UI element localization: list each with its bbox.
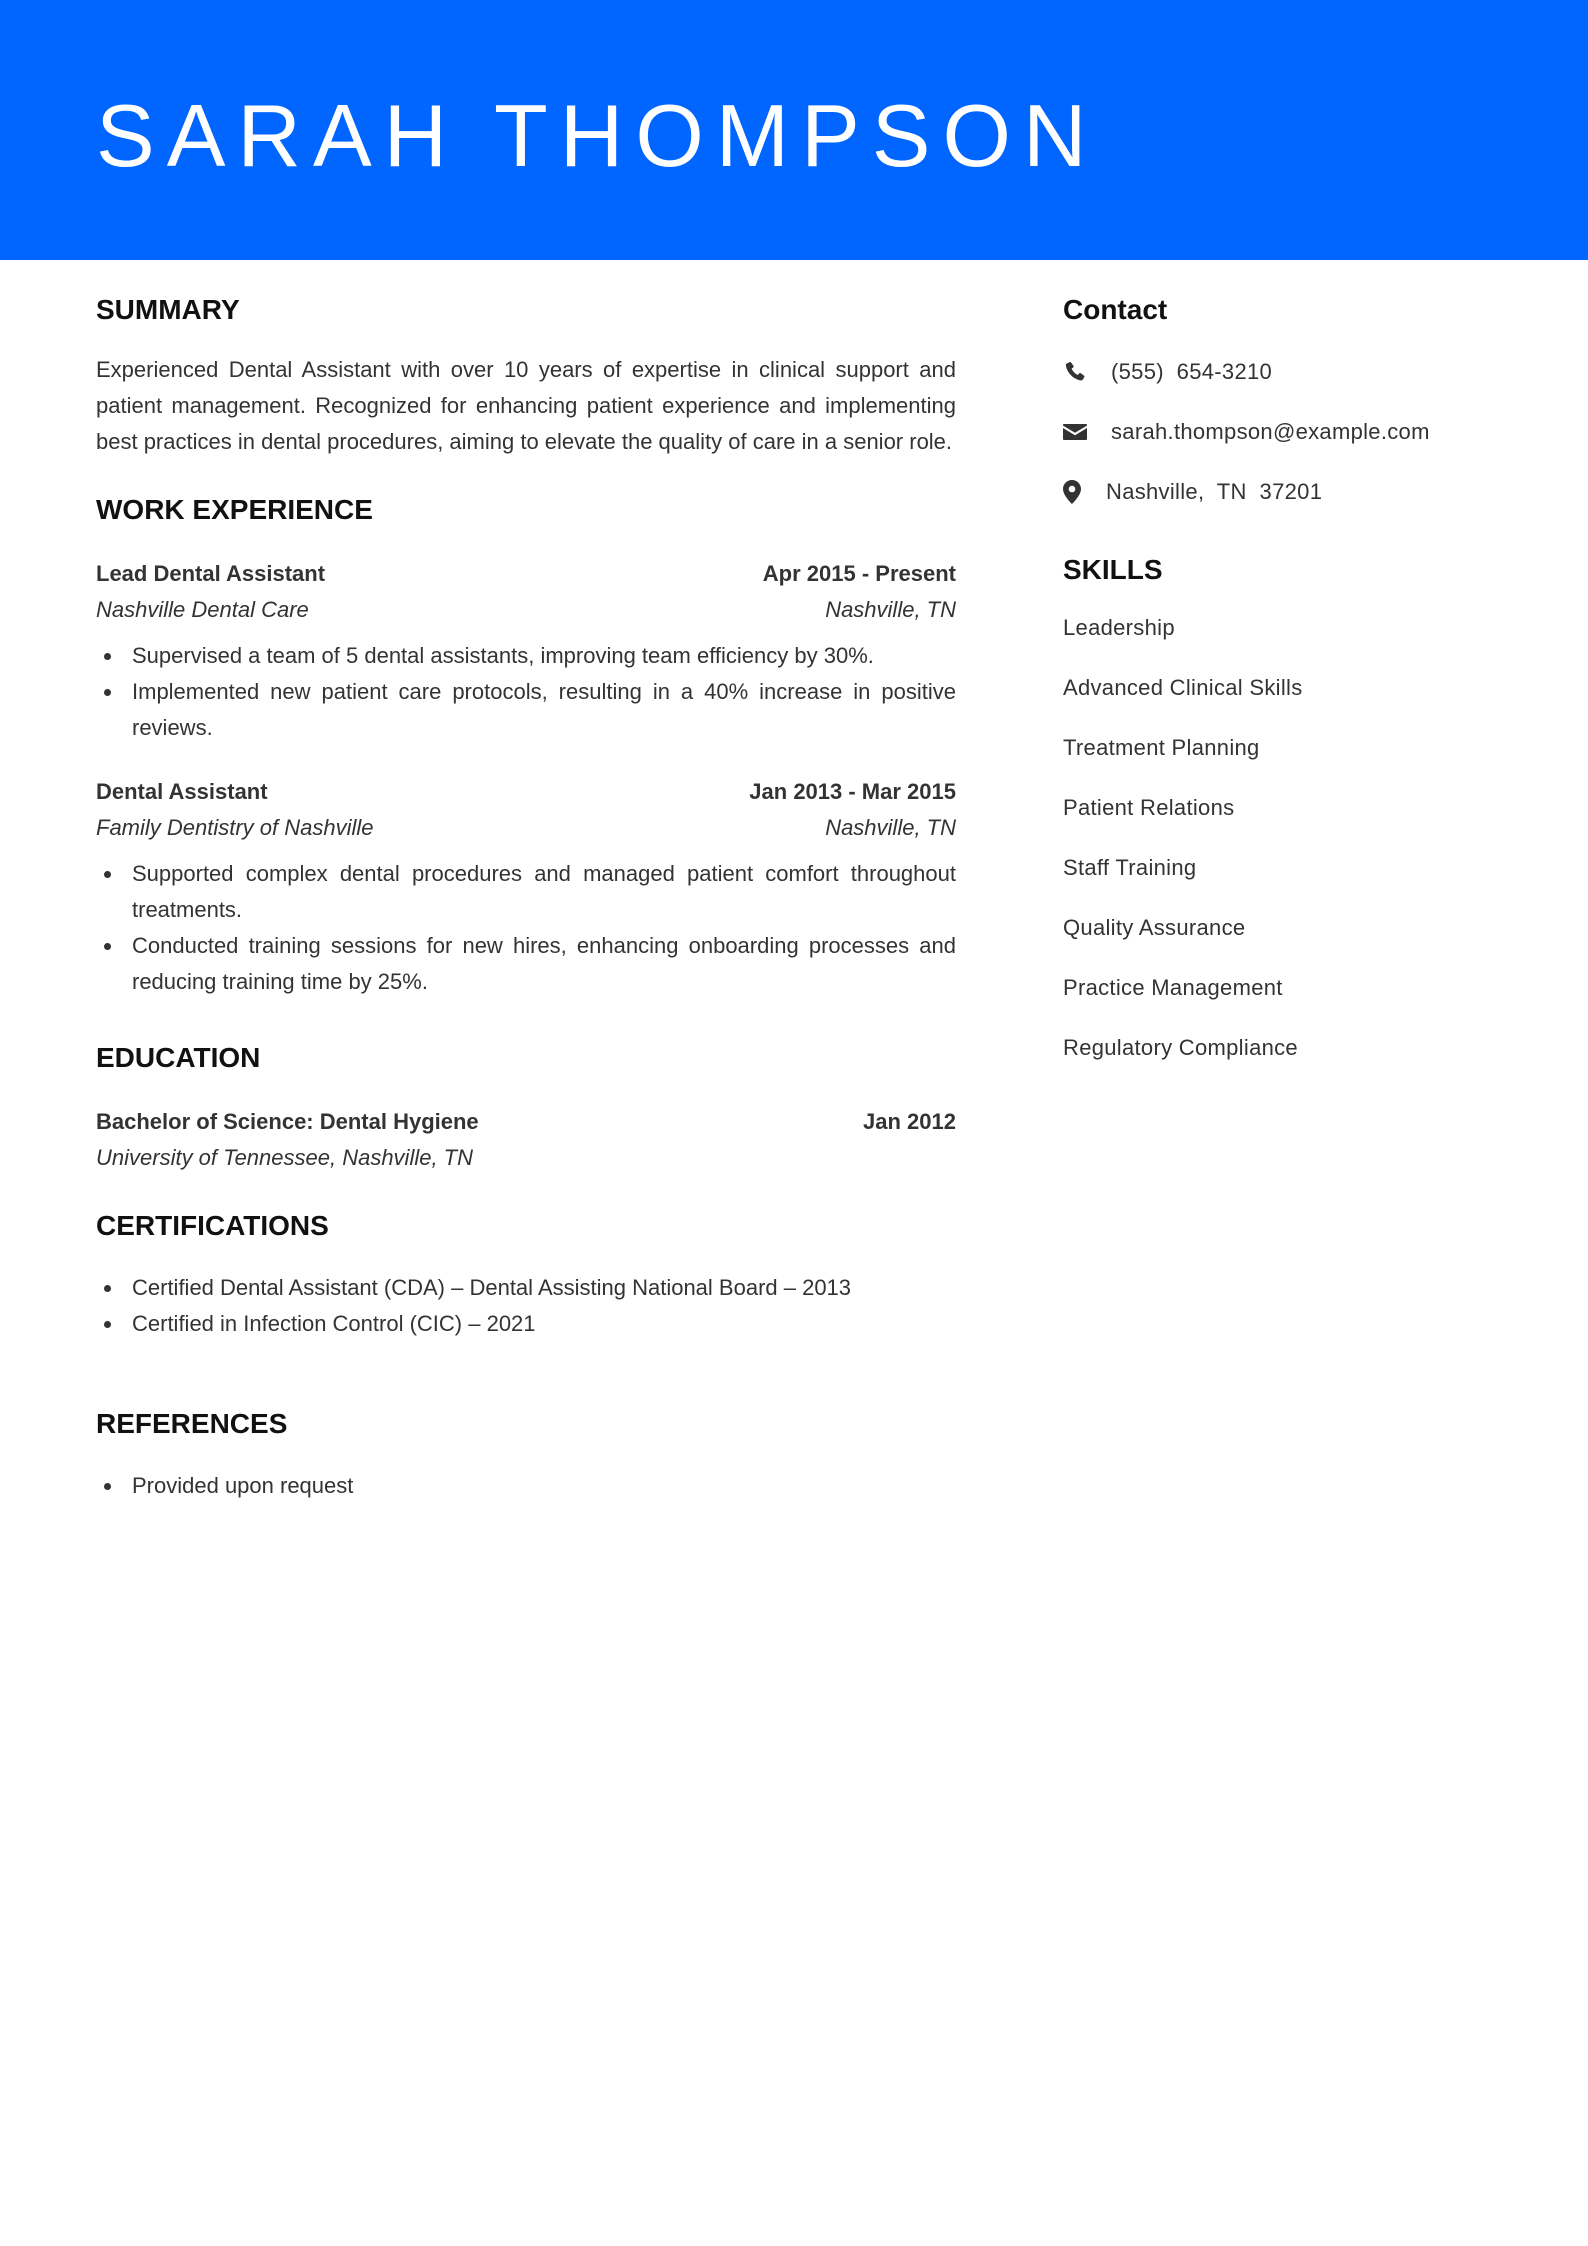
skill-item: Patient Relations	[1063, 790, 1503, 826]
skills-list: Leadership Advanced Clinical Skills Trea…	[1063, 610, 1503, 1066]
education-entry: Bachelor of Science: Dental Hygiene Jan …	[96, 1104, 956, 1176]
graduation-date: Jan 2012	[863, 1104, 956, 1140]
job-location: Nashville, TN	[825, 592, 956, 628]
job-company: Family Dentistry of Nashville	[96, 810, 374, 846]
contact-email: sarah.thompson@example.com	[1063, 414, 1503, 450]
references-section: REFERENCES Provided upon request	[96, 1404, 956, 1504]
job-bullets: Supported complex dental procedures and …	[96, 856, 956, 1000]
job-bullet: Implemented new patient care protocols, …	[96, 674, 956, 746]
summary-text: Experienced Dental Assistant with over 1…	[96, 352, 956, 460]
skill-item: Advanced Clinical Skills	[1063, 670, 1503, 706]
contact-list: (555) 654-3210 sarah.thompson@example.co…	[1063, 354, 1503, 510]
certifications-title: CERTIFICATIONS	[96, 1206, 956, 1246]
summary-section: SUMMARY Experienced Dental Assistant wit…	[96, 290, 956, 460]
certifications-section: CERTIFICATIONS Certified Dental Assistan…	[96, 1206, 956, 1342]
certification-item: Certified Dental Assistant (CDA) – Denta…	[96, 1270, 956, 1306]
references-title: REFERENCES	[96, 1404, 956, 1444]
job-company: Nashville Dental Care	[96, 592, 309, 628]
skill-item: Staff Training	[1063, 850, 1503, 886]
job-bullet: Conducted training sessions for new hire…	[96, 928, 956, 1000]
job-title: Lead Dental Assistant	[96, 556, 325, 592]
skill-item: Quality Assurance	[1063, 910, 1503, 946]
school: University of Tennessee, Nashville, TN	[96, 1140, 473, 1176]
skill-item: Leadership	[1063, 610, 1503, 646]
main-column: SUMMARY Experienced Dental Assistant wit…	[96, 290, 956, 1504]
side-column: Contact (555) 654-3210 sarah.thompson@ex…	[1063, 290, 1503, 1090]
job-entry: Dental Assistant Jan 2013 - Mar 2015 Fam…	[96, 774, 956, 1000]
education-section: EDUCATION Bachelor of Science: Dental Hy…	[96, 1038, 956, 1176]
contact-title: Contact	[1063, 290, 1503, 330]
certification-item: Certified in Infection Control (CIC) – 2…	[96, 1306, 956, 1342]
job-title: Dental Assistant	[96, 774, 268, 810]
contact-phone: (555) 654-3210	[1063, 354, 1503, 390]
phone-icon	[1063, 359, 1089, 385]
skills-title: SKILLS	[1063, 550, 1503, 590]
certifications-list: Certified Dental Assistant (CDA) – Denta…	[96, 1270, 956, 1342]
envelope-icon	[1063, 419, 1089, 445]
degree: Bachelor of Science: Dental Hygiene	[96, 1104, 479, 1140]
skill-item: Regulatory Compliance	[1063, 1030, 1503, 1066]
summary-title: SUMMARY	[96, 290, 956, 330]
job-dates: Apr 2015 - Present	[763, 556, 956, 592]
job-dates: Jan 2013 - Mar 2015	[749, 774, 956, 810]
education-title: EDUCATION	[96, 1038, 956, 1078]
contact-location: Nashville, TN 37201	[1063, 474, 1503, 510]
skill-item: Treatment Planning	[1063, 730, 1503, 766]
job-bullet: Supervised a team of 5 dental assistants…	[96, 638, 956, 674]
location-text: Nashville, TN 37201	[1106, 479, 1322, 505]
job-bullets: Supervised a team of 5 dental assistants…	[96, 638, 956, 746]
work-experience-section: WORK EXPERIENCE Lead Dental Assistant Ap…	[96, 490, 956, 1000]
resume-header: SARAH THOMPSON	[0, 0, 1588, 260]
skill-item: Practice Management	[1063, 970, 1503, 1006]
email-address: sarah.thompson@example.com	[1111, 419, 1430, 445]
reference-item: Provided upon request	[96, 1468, 956, 1504]
work-experience-title: WORK EXPERIENCE	[96, 490, 956, 530]
job-entry: Lead Dental Assistant Apr 2015 - Present…	[96, 556, 956, 746]
map-pin-icon	[1063, 479, 1089, 505]
references-list: Provided upon request	[96, 1468, 956, 1504]
job-bullet: Supported complex dental procedures and …	[96, 856, 956, 928]
job-location: Nashville, TN	[825, 810, 956, 846]
candidate-name: SARAH THOMPSON	[96, 86, 1099, 186]
phone-number: (555) 654-3210	[1111, 359, 1272, 385]
